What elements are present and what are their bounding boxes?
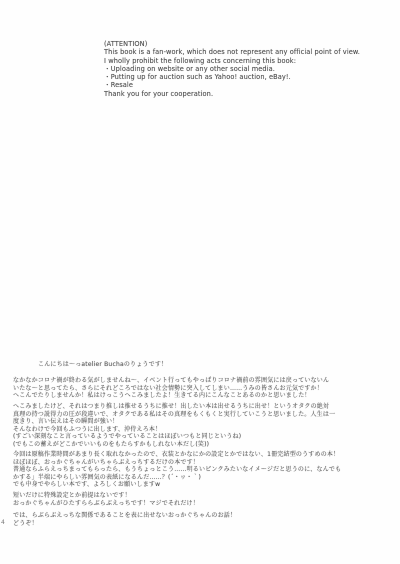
afterword-paragraph-2: へこみましたけど、それはつまり推しは推せるうちに推せ！出したい本は出せるうちに出… bbox=[13, 403, 395, 448]
doujinshi-afterword-page: (ATTENTION) This book is a fan-work, whi… bbox=[0, 0, 400, 564]
afterword-paragraph-5: では、らぶらぶえっちな関係であることを表に出せないおっかぐちゃんのお話！ どうぞ… bbox=[13, 512, 395, 527]
afterword-paragraph-1: なかなかコロナ禍が終わる気がしませんね〜、イベント行ってもやっぱりコロナ禍前の雰… bbox=[13, 377, 395, 400]
page-edge-mark: 4 bbox=[1, 520, 5, 526]
attention-notice: (ATTENTION) This book is a fan-work, whi… bbox=[104, 40, 364, 98]
afterword-paragraph-4: 短いだけに特殊設定とか前提はないです！ おっかぐちゃんがひたすららぶらぶえっちで… bbox=[13, 492, 395, 507]
attention-title: (ATTENTION) bbox=[104, 40, 364, 48]
afterword-greeting: こんにちは〜っatelier Buchaのりょうです！ bbox=[38, 361, 338, 369]
afterword-paragraph-3: 今回は原稿作業時間があまり長く取れなかったので、衣装とかなにかの設定とかではない… bbox=[13, 451, 395, 489]
attention-body-text: This book is a fan-work, which does not … bbox=[104, 48, 364, 98]
